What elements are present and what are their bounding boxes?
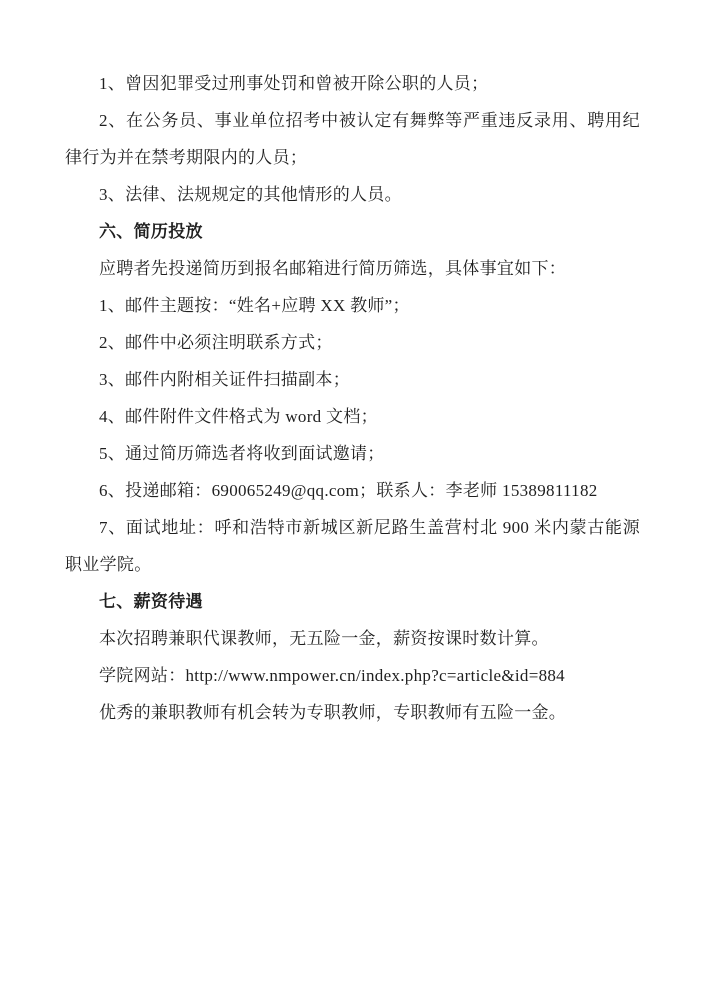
- document-content: 1、曾因犯罪受过刑事处罚和曾被开除公职的人员；2、在公务员、事业单位招考中被认定…: [65, 65, 640, 731]
- paragraph: 1、邮件主题按：“姓名+应聘 XX 教师”；: [65, 287, 640, 324]
- section-heading: 七、薪资待遇: [65, 583, 640, 620]
- paragraph: 本次招聘兼职代课教师，无五险一金，薪资按课时数计算。: [65, 620, 640, 657]
- paragraph: 优秀的兼职教师有机会转为专职教师，专职教师有五险一金。: [65, 694, 640, 731]
- paragraph: 3、邮件内附相关证件扫描副本；: [65, 361, 640, 398]
- paragraph: 5、通过简历筛选者将收到面试邀请；: [65, 435, 640, 472]
- paragraph: 4、邮件附件文件格式为 word 文档；: [65, 398, 640, 435]
- paragraph: 3、法律、法规规定的其他情形的人员。: [65, 176, 640, 213]
- paragraph: 学院网站：http://www.nmpower.cn/index.php?c=a…: [65, 657, 640, 694]
- paragraph: 6、投递邮箱：690065249@qq.com；联系人：李老师 15389811…: [65, 472, 640, 509]
- section-heading: 六、简历投放: [65, 213, 640, 250]
- paragraph: 2、在公务员、事业单位招考中被认定有舞弊等严重违反录用、聘用纪律行为并在禁考期限…: [65, 102, 640, 176]
- document-page: 1、曾因犯罪受过刑事处罚和曾被开除公职的人员；2、在公务员、事业单位招考中被认定…: [0, 0, 707, 999]
- paragraph: 1、曾因犯罪受过刑事处罚和曾被开除公职的人员；: [65, 65, 640, 102]
- paragraph: 应聘者先投递简历到报名邮箱进行简历筛选，具体事宜如下：: [65, 250, 640, 287]
- paragraph: 2、邮件中必须注明联系方式；: [65, 324, 640, 361]
- paragraph: 7、面试地址：呼和浩特市新城区新尼路生盖营村北 900 米内蒙古能源职业学院。: [65, 509, 640, 583]
